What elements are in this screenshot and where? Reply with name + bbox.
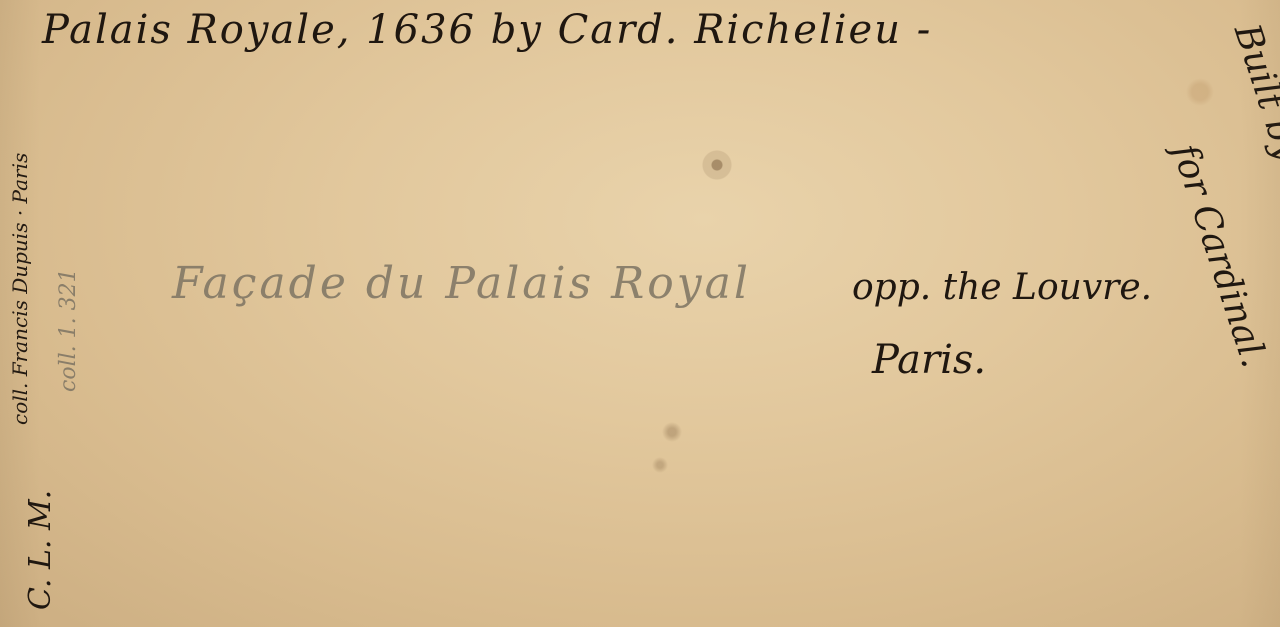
pencil-caption: Façade du Palais Royal <box>172 262 751 306</box>
stereoview-card-back: Palais Royale, 1636 by Card. Richelieu -… <box>0 0 1280 627</box>
ink-caption-location: opp. the Louvre. <box>852 270 1152 306</box>
left-margin-initials: C. L. M. <box>26 490 56 610</box>
right-margin-note-line-2: for Cardinal. <box>1166 140 1272 372</box>
left-margin-collection-number: coll. 1. 321 <box>58 268 80 392</box>
ink-caption-city: Paris. <box>872 340 986 380</box>
left-margin-collection-note: coll. Francis Dupuis · Paris <box>10 153 30 425</box>
top-handwritten-title: Palais Royale, 1636 by Card. Richelieu - <box>42 10 932 50</box>
